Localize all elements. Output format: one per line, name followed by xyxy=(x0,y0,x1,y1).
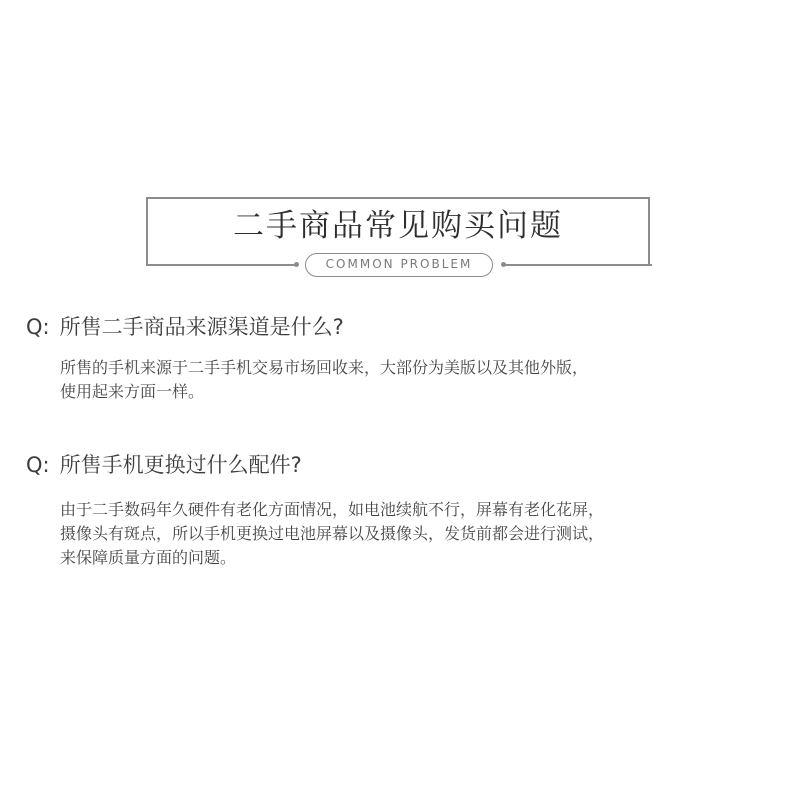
divider-dot-left-icon xyxy=(294,262,299,267)
question-prefix: Q: xyxy=(26,453,50,477)
frame-divider-left xyxy=(146,264,297,266)
faq-answer: 所售的手机来源于二手手机交易市场回收来，大部份为美版以及其他外版， 使用起来方面… xyxy=(60,356,766,404)
faq-answer: 由于二手数码年久硬件有老化方面情况，如电池续航不行，屏幕有老化花屏， 摄像头有斑… xyxy=(60,498,766,570)
faq-question: Q:所售手机更换过什么配件? xyxy=(26,448,766,482)
faq-item: Q:所售手机更换过什么配件? 由于二手数码年久硬件有老化方面情况，如电池续航不行… xyxy=(26,448,766,570)
faq-question: Q:所售二手商品来源渠道是什么? xyxy=(26,310,766,344)
page-title: 二手商品常见购买问题 xyxy=(146,204,650,248)
subtitle-badge: COMMON PROBLEM xyxy=(305,253,493,277)
question-text: 所售二手商品来源渠道是什么? xyxy=(60,315,344,339)
faq-item: Q:所售二手商品来源渠道是什么? 所售的手机来源于二手手机交易市场回收来，大部份… xyxy=(26,310,766,404)
frame-divider-right xyxy=(502,264,652,266)
question-prefix: Q: xyxy=(26,315,50,339)
question-text: 所售手机更换过什么配件? xyxy=(60,453,302,477)
divider-dot-right-icon xyxy=(501,262,506,267)
